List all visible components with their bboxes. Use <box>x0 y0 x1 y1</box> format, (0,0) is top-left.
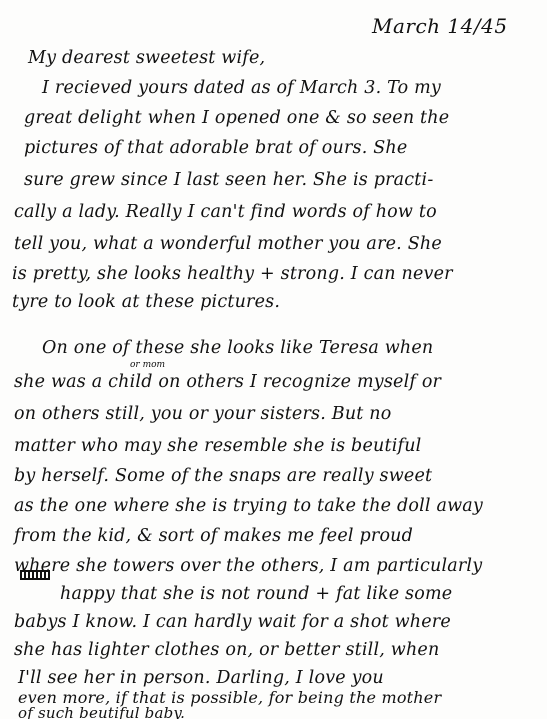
letter-line: cally a lady. Really I can't find words … <box>14 202 437 222</box>
salutation: My dearest sweetest wife, <box>28 48 265 68</box>
letter-line: on others still, you or your sisters. Bu… <box>14 404 392 424</box>
letter-line: pictures of that adorable brat of ours. … <box>24 138 407 158</box>
letter-line: I'll see her in person. Darling, I love … <box>18 668 384 688</box>
letter-line: matter who may she resemble she is beuti… <box>14 436 421 456</box>
letter-line: I recieved yours dated as of March 3. To… <box>42 78 441 98</box>
letter-line: of such beutiful baby. <box>18 704 185 719</box>
letter-line: by herself. Some of the snaps are really… <box>14 466 432 486</box>
letter-page: March 14/45 My dearest sweetest wife, I … <box>0 0 547 719</box>
letter-line: from the kid, & sort of makes me feel pr… <box>14 526 413 546</box>
letter-line: babys I know. I can hardly wait for a sh… <box>14 612 451 632</box>
letter-line: where she towers over the others, I am p… <box>14 556 482 576</box>
letter-line: as the one where she is trying to take t… <box>14 496 483 516</box>
letter-line: On one of these she looks like Teresa wh… <box>42 338 433 358</box>
letter-line: tell you, what a wonderful mother you ar… <box>14 234 442 254</box>
insertion-note: or mom <box>130 360 165 370</box>
letter-line: she has lighter clothes on, or better st… <box>14 640 439 660</box>
letter-line: sure grew since I last seen her. She is … <box>24 170 433 190</box>
letter-line: happy that she is not round + fat like s… <box>60 584 452 604</box>
struck-out-word <box>20 570 50 580</box>
letter-line: she was a child on others I recognize my… <box>14 372 441 392</box>
letter-line: tyre to look at these pictures. <box>12 292 280 312</box>
letter-date: March 14/45 <box>372 14 508 38</box>
letter-line: is pretty, she looks healthy + strong. I… <box>12 264 453 284</box>
letter-line: great delight when I opened one & so see… <box>24 108 449 128</box>
